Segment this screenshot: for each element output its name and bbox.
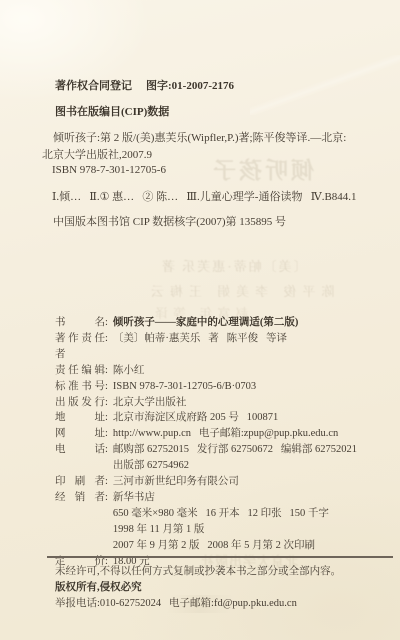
publication-info-table: 书名: 倾听孩子——家庭中的心理调适(第二版) 著作责任者: 〔美〕帕蒂·惠芙乐… xyxy=(55,315,385,570)
editor-value: 陈小红 xyxy=(113,365,145,376)
info-row-editor: 责任编辑: 陈小红 xyxy=(55,363,385,379)
cip-description-line2: 北京大学出版社,2007.9 xyxy=(42,147,387,164)
cip-description: 倾听孩子:第 2 版/(美)惠芙乐(Wipfler,P.)著;陈平俊等译.—北京… xyxy=(42,130,387,164)
label-colon: : xyxy=(105,474,108,490)
info-row-distributor: 经销者: 新华书店 650 毫米×980 毫米 16 开本 12 印张 150 … xyxy=(55,490,385,554)
label-colon: : xyxy=(105,490,108,506)
report-contact-line: 举报电话:010-62752024 电子邮箱:fd@pup.pku.edu.cn xyxy=(55,596,385,612)
no-copy-notice: 未经许可,不得以任何方式复制或抄袭本书之部分或全部内容。 xyxy=(55,564,385,580)
info-label: 标准书号 xyxy=(55,379,105,395)
info-label: 电话 xyxy=(55,442,105,458)
info-label: 责任编辑 xyxy=(55,363,105,379)
info-label: 地址 xyxy=(55,410,105,426)
address-value: 北京市海淀区成府路 205 号 100871 xyxy=(113,412,278,423)
printer-value: 三河市新世纪印务有限公司 xyxy=(113,476,239,487)
label-colon: : xyxy=(105,426,108,442)
registration-label: 著作权合同登记 xyxy=(55,80,132,92)
phone-value-line2: 出版部 62754962 xyxy=(113,458,385,474)
label-colon: : xyxy=(105,315,108,331)
cip-classification: Ⅰ.倾… Ⅱ.① 惠… ② 陈… Ⅲ.儿童心理学-通俗读物 Ⅳ.B844.1 xyxy=(52,188,357,204)
label-colon: : xyxy=(105,442,108,458)
publisher-value: 北京大学出版社 xyxy=(113,397,187,408)
info-label: 出版发行 xyxy=(55,395,105,411)
authors-value: 〔美〕帕蒂·惠芙乐 著 陈平俊 等译 xyxy=(113,333,287,344)
info-row-authors: 著作责任者: 〔美〕帕蒂·惠芙乐 著 陈平俊 等译 xyxy=(55,331,385,363)
legal-notices: 未经许可,不得以任何方式复制或抄袭本书之部分或全部内容。 版权所有,侵权必究 举… xyxy=(55,564,385,613)
copyright-page-photo: { "colon": ":", "header": { "registratio… xyxy=(0,0,400,640)
cip-description-line1: 倾听孩子:第 2 版/(美)惠芙乐(Wipfler,P.)著;陈平俊等译.—北京… xyxy=(42,130,387,147)
info-label: 著作责任者 xyxy=(55,331,105,363)
cip-record-number: 中国版本图书馆 CIP 数据核字(2007)第 135895 号 xyxy=(53,213,286,229)
phone-value-line1: 邮购部 62752015 发行部 62750672 编辑部 62752021 xyxy=(113,442,385,458)
info-row-printer: 印刷者: 三河市新世纪印务有限公司 xyxy=(55,474,385,490)
info-label: 印刷者 xyxy=(55,474,105,490)
format-spec-value: 650 毫米×980 毫米 16 开本 12 印张 150 千字 xyxy=(113,506,385,522)
label-colon: : xyxy=(105,395,108,411)
bleedthrough-author-line: 〔美〕帕蒂·惠芙乐 著 xyxy=(160,256,307,275)
divider-rule xyxy=(47,556,393,558)
label-colon: : xyxy=(105,363,108,379)
info-label: 书名 xyxy=(55,315,105,331)
first-edition-value: 1998 年 11 月第 1 版 xyxy=(113,522,385,538)
info-row-phone: 电话: 邮购部 62752015 发行部 62750672 编辑部 627520… xyxy=(55,442,385,474)
label-colon: : xyxy=(105,331,108,347)
label-colon: : xyxy=(105,379,108,395)
isbn-value: ISBN 978-7-301-12705-6/B·0703 xyxy=(113,381,256,392)
second-edition-value: 2007 年 9 月第 2 版 2008 年 5 月第 2 次印刷 xyxy=(113,538,385,554)
website-value: http://www.pup.cn 电子邮箱:zpup@pup.pku.edu.… xyxy=(113,428,338,439)
bleedthrough-translators-line: 陈平俊 李美娟 王梅云 xyxy=(145,281,335,300)
info-row-website: 网址: http://www.pup.cn 电子邮箱:zpup@pup.pku.… xyxy=(55,426,385,442)
copyright-registration-line: 著作权合同登记图字:01-2007-2176 xyxy=(55,77,234,93)
distributor-value: 新华书店 xyxy=(113,490,385,506)
info-label: 经销者 xyxy=(55,490,105,506)
info-row-publisher: 出版发行: 北京大学出版社 xyxy=(55,395,385,411)
copyright-reserved-notice: 版权所有,侵权必究 xyxy=(55,580,385,596)
info-row-address: 地址: 北京市海淀区成府路 205 号 100871 xyxy=(55,410,385,426)
label-colon: : xyxy=(105,410,108,426)
registration-number: 图字:01-2007-2176 xyxy=(146,80,234,92)
cip-isbn: ISBN 978-7-301-12705-6 xyxy=(52,164,166,176)
cip-data-heading: 图书在版编目(CIP)数据 xyxy=(55,103,169,119)
info-label: 网址 xyxy=(55,426,105,442)
info-row-book-title: 书名: 倾听孩子——家庭中的心理调适(第二版) xyxy=(55,315,385,331)
info-row-isbn: 标准书号: ISBN 978-7-301-12705-6/B·0703 xyxy=(55,379,385,395)
book-title-value: 倾听孩子——家庭中的心理调适(第二版) xyxy=(113,317,299,328)
paper-highlight xyxy=(250,55,400,115)
